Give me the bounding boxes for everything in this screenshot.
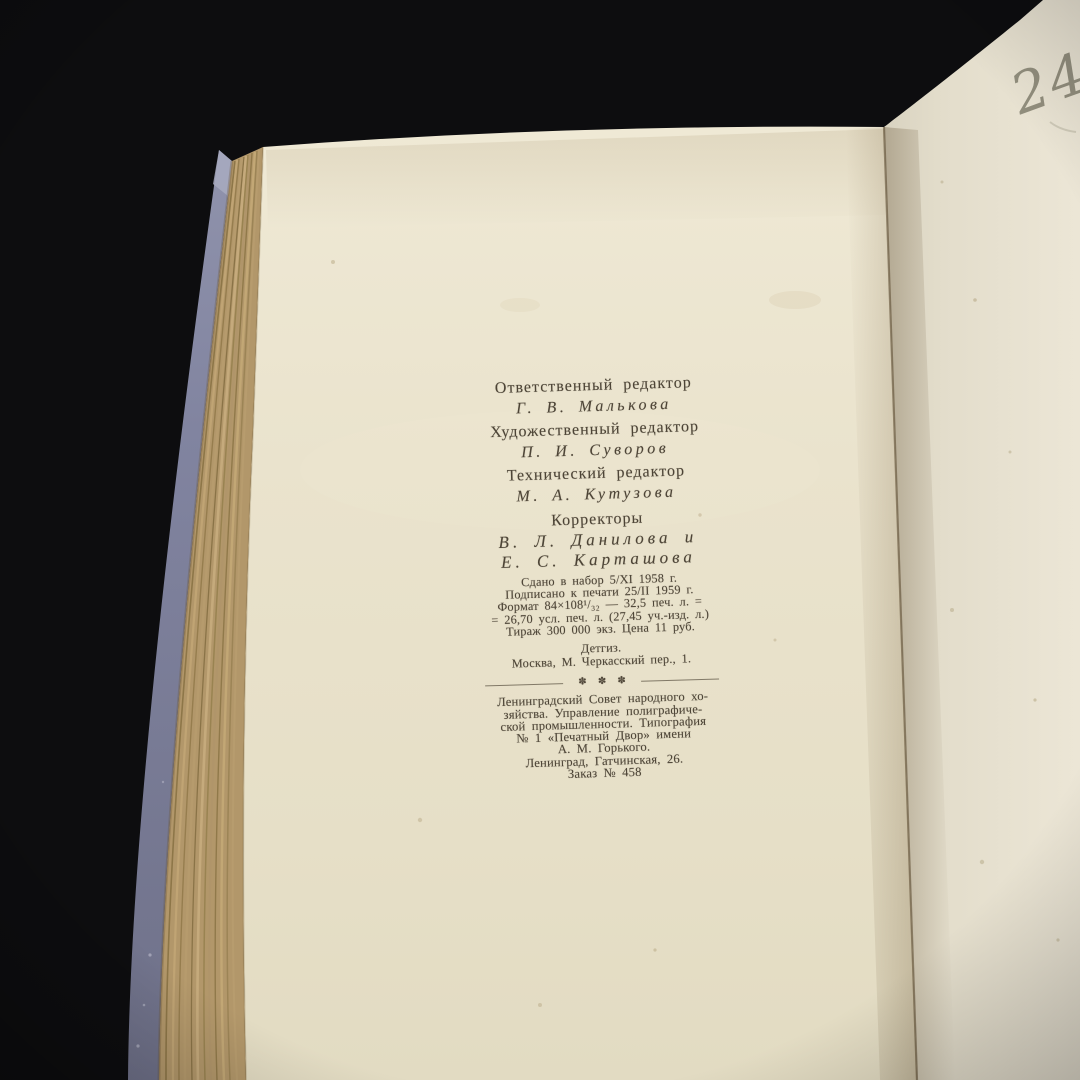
printer-block: Ленинградский Совет народного хо- зяйств… bbox=[440, 688, 766, 784]
imprint-block: Сдано в набор 5/XI 1958 г. Подписано к п… bbox=[437, 569, 763, 640]
ornament-rule-right bbox=[641, 678, 719, 681]
book-photo-stage: 24 Ответственный редактор Г. В. Малькова… bbox=[0, 0, 1080, 1080]
colophon-block: Ответственный редактор Г. В. Малькова Ху… bbox=[431, 371, 767, 784]
role-group-responsible-editor: Ответственный редактор Г. В. Малькова bbox=[431, 371, 756, 423]
publisher-block: Детгиз. Москва, М. Черкасский пер., 1. bbox=[439, 637, 764, 672]
role-group-art-editor: Художественный редактор П. И. Суворов bbox=[432, 415, 757, 467]
ornament-rule-left bbox=[485, 683, 563, 686]
ornament-asterisks: ✽ ✽ ✽ bbox=[574, 675, 630, 689]
role-group-technical-editor: Технический редактор М. А. Кутузова bbox=[434, 459, 759, 511]
